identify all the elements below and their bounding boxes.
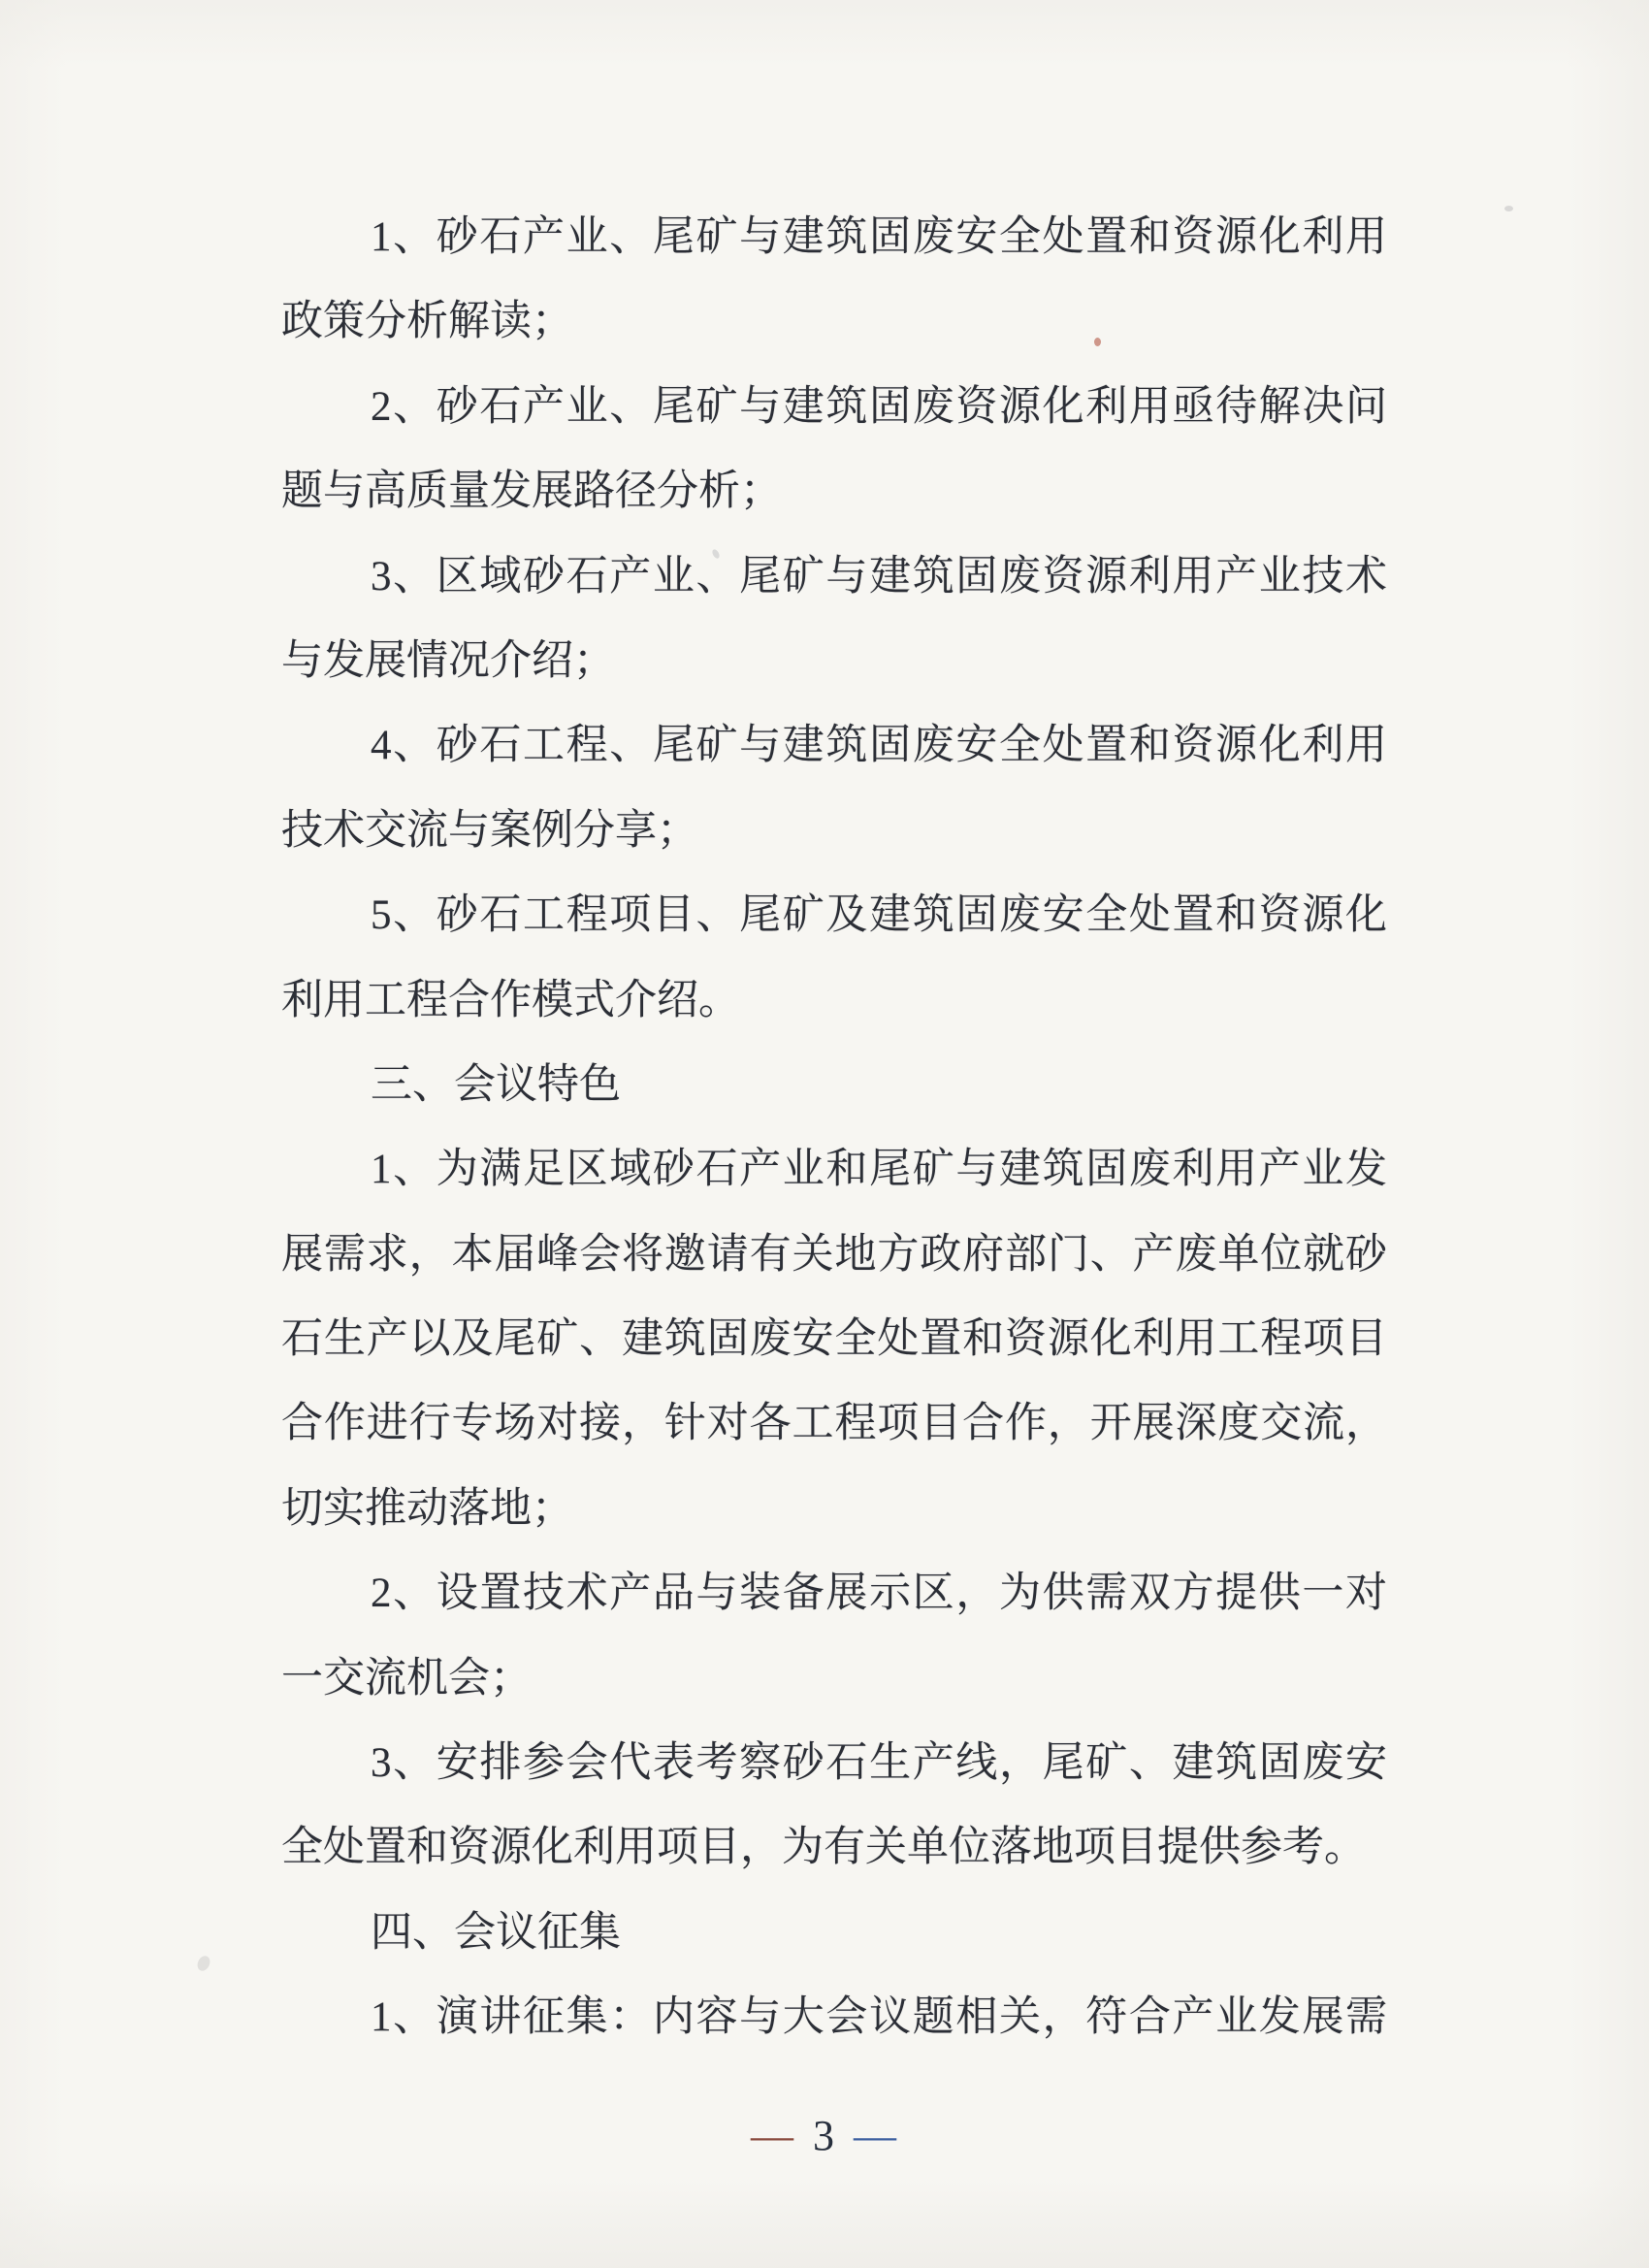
section-heading-line: 四、会议征集	[281, 1891, 1387, 1975]
scan-speck	[1094, 338, 1101, 346]
text-line: 1、砂石产业、尾矿与建筑固废安全处置和资源化利用	[281, 195, 1387, 279]
text-line: 一交流机会；	[281, 1636, 1387, 1721]
text-line: 石生产以及尾矿、建筑固废安全处置和资源化利用工程项目	[281, 1297, 1387, 1381]
scan-speck	[1504, 206, 1513, 211]
text-line: 2、设置技术产品与装备展示区，为供需双方提供一对	[281, 1551, 1387, 1636]
text-line: 1、为满足区域砂石产业和尾矿与建筑固废利用产业发	[281, 1127, 1387, 1212]
text-line: 题与高质量发展路径分析；	[281, 449, 1387, 534]
text-line: 1、演讲征集：内容与大会议题相关，符合产业发展需	[281, 1975, 1387, 2059]
text-line: 切实推动落地；	[281, 1467, 1387, 1551]
text-line: 2、砂石产业、尾矿与建筑固废资源化利用亟待解决问	[281, 365, 1387, 449]
text-line: 技术交流与案例分享；	[281, 789, 1387, 873]
text-line: 展需求，本届峰会将邀请有关地方政府部门、产废单位就砂	[281, 1213, 1387, 1297]
text-line: 政策分析解读；	[281, 279, 1387, 364]
footer-left-dash: —	[751, 2112, 795, 2159]
text-line: 4、砂石工程、尾矿与建筑固废安全处置和资源化利用	[281, 703, 1387, 788]
section-heading-line: 三、会议特色	[281, 1043, 1387, 1127]
text-line: 与发展情况介绍；	[281, 619, 1387, 703]
text-line: 3、区域砂石产业、尾矿与建筑固废资源利用产业技术	[281, 535, 1387, 619]
text-line: 5、砂石工程项目、尾矿及建筑固废安全处置和资源化	[281, 873, 1387, 957]
scanned-page: 1、砂石产业、尾矿与建筑固废安全处置和资源化利用政策分析解读；2、砂石产业、尾矿…	[0, 0, 1649, 2268]
text-line: 利用工程合作模式介绍。	[281, 958, 1387, 1043]
page-footer: —3—	[0, 2107, 1649, 2165]
document-body: 1、砂石产业、尾矿与建筑固废安全处置和资源化利用政策分析解读；2、砂石产业、尾矿…	[281, 195, 1387, 2060]
page-number: 3	[813, 2112, 836, 2159]
text-line: 3、安排参会代表考察砂石生产线，尾矿、建筑固废安	[281, 1721, 1387, 1805]
scan-speck	[195, 1954, 212, 1973]
footer-right-dash: —	[854, 2112, 898, 2159]
text-line: 全处置和资源化利用项目，为有关单位落地项目提供参考。	[281, 1805, 1387, 1890]
text-line: 合作进行专场对接，针对各工程项目合作，开展深度交流，	[281, 1381, 1387, 1466]
